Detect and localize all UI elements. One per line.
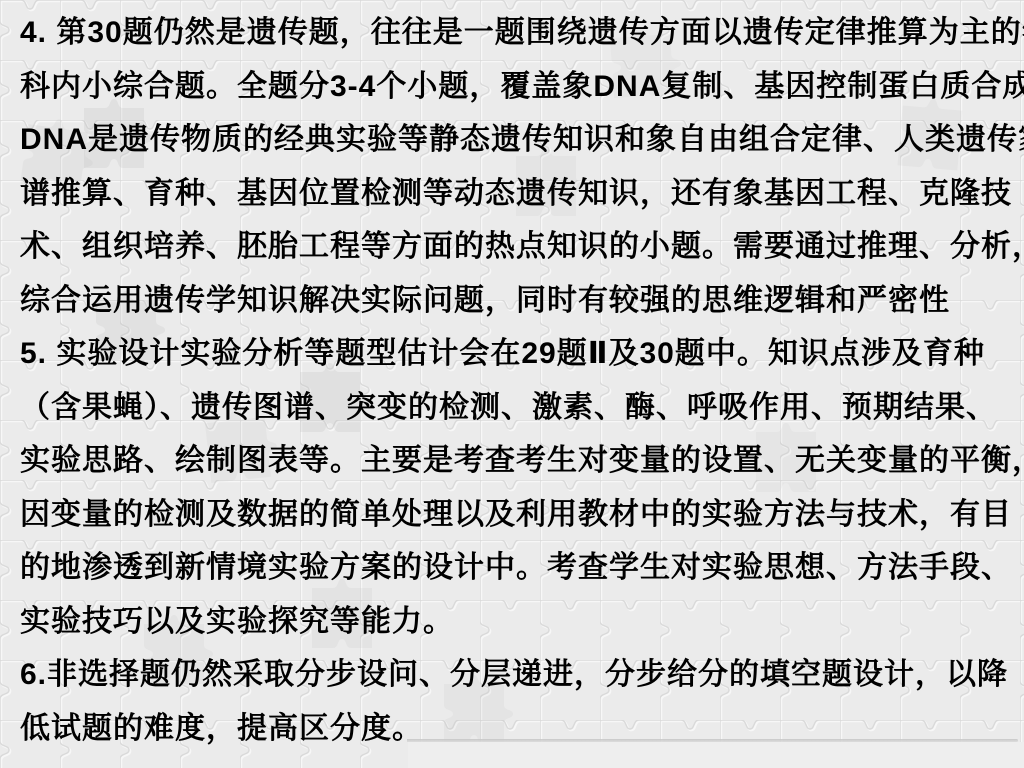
text-line: 谱推算、育种、基因位置检测等动态遗传知识，还有象基因工程、克隆技	[20, 167, 1020, 221]
text-line: 5. 实验设计实验分析等题型估计会在29题Ⅱ及30题中。知识点涉及育种	[20, 327, 1020, 381]
text-line: DNA是遗传物质的经典实验等静态遗传知识和象自由组合定律、人类遗传家	[20, 113, 1020, 167]
text-line: 实验思路、绘制图表等。主要是考查考生对变量的设置、无关变量的平衡，	[20, 434, 1020, 488]
text-line: 科内小综合题。全题分3-4个小题，覆盖象DNA复制、基因控制蛋白质合成、	[20, 60, 1020, 114]
text-line: 术、组织培养、胚胎工程等方面的热点知识的小题。需要通过推理、分析，	[20, 220, 1020, 274]
text-line: 低试题的难度，提高区分度。	[20, 702, 1020, 756]
slide-text-block: 4. 第30题仍然是遗传题，往往是一题围绕遗传方面以遗传定律推算为主的学 科内小…	[20, 6, 1020, 755]
text-line: 综合运用遗传学知识解决实际问题，同时有较强的思维逻辑和严密性	[20, 274, 1020, 328]
text-line: 的地渗透到新情境实验方案的设计中。考查学生对实验思想、方法手段、	[20, 541, 1020, 595]
text-line: （含果蝇）、遗传图谱、突变的检测、激素、酶、呼吸作用、预期结果、	[20, 381, 1020, 435]
text-line: 6.非选择题仍然采取分步设问、分层递进，分步给分的填空题设计，以降	[20, 648, 1020, 702]
text-line: 实验技巧以及实验探究等能力。	[20, 595, 1020, 649]
text-line: 因变量的检测及数据的简单处理以及利用教材中的实验方法与技术，有目	[20, 488, 1020, 542]
text-line: 4. 第30题仍然是遗传题，往往是一题围绕遗传方面以遗传定律推算为主的学	[20, 6, 1020, 60]
